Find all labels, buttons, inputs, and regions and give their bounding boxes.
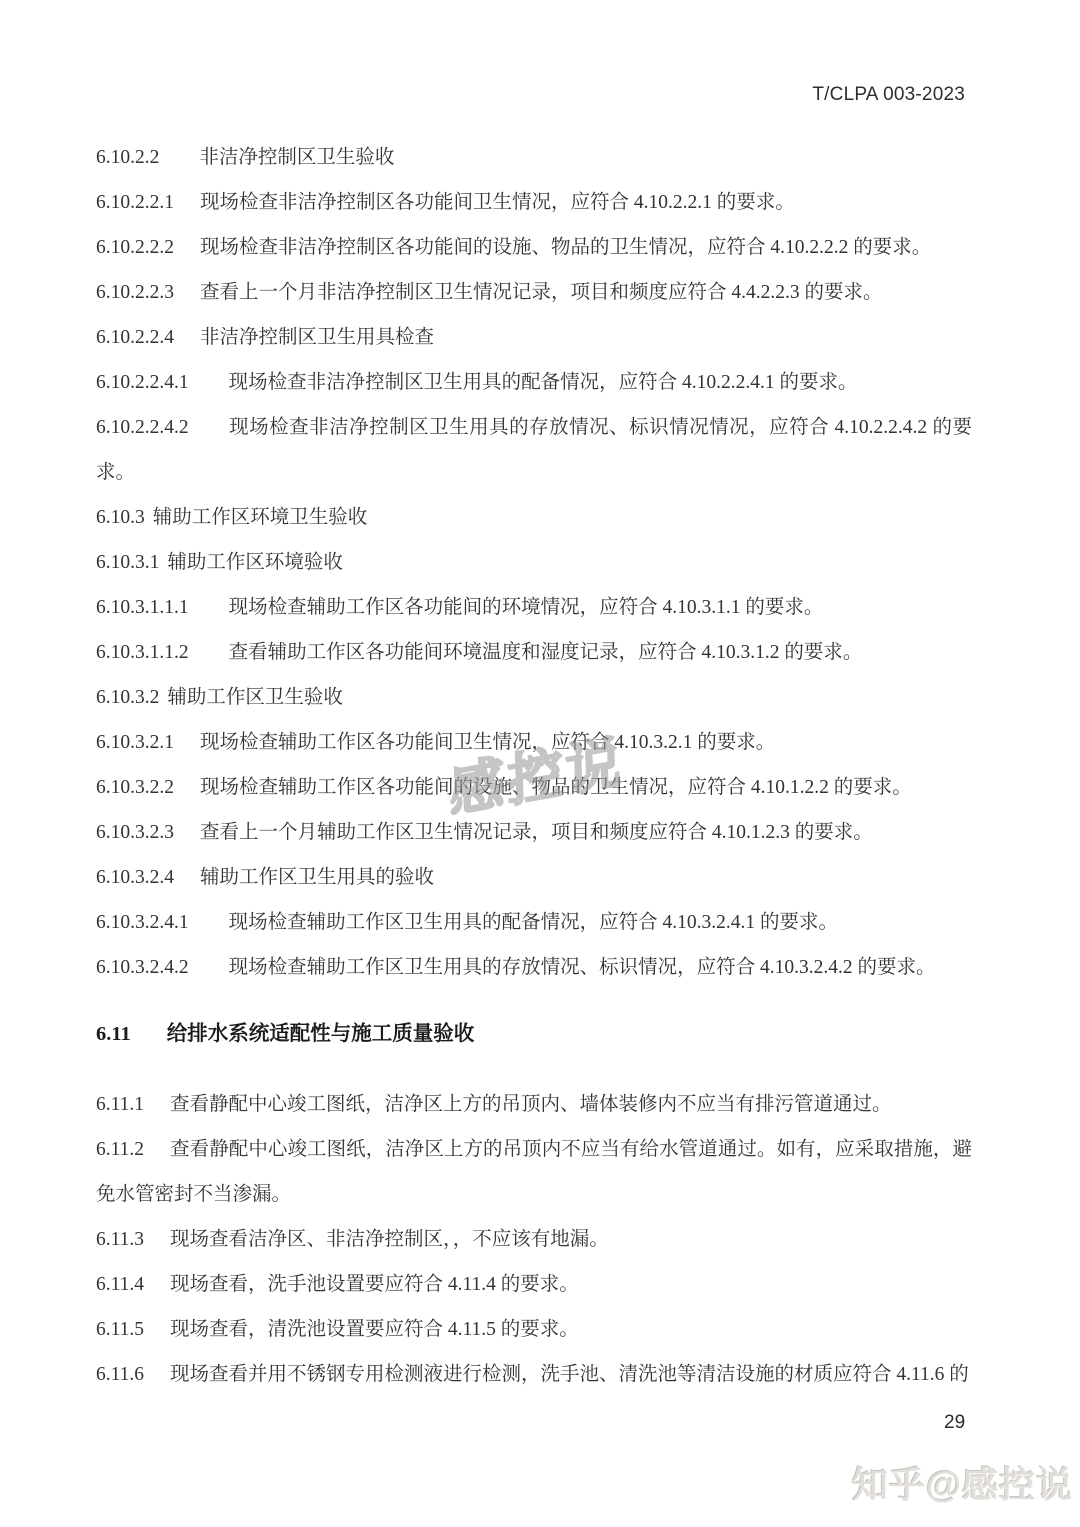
clause-number: 6.10.3.1.1.1: [96, 597, 189, 618]
clause-number: 6.10.2.2.3: [96, 282, 174, 303]
standard-reference: T/CLPA 003-2023: [812, 84, 965, 105]
clause-text: 现场检查辅助工作区各功能间的环境情况，应符合 4.10.3.1.1 的要求。: [229, 597, 824, 618]
clause-paragraph: 6.10.3.2辅助工作区卫生验收: [96, 675, 972, 720]
clause-text: 现场检查非洁净控制区各功能间的设施、物品的卫生情况，应符合 4.10.2.2.2…: [200, 237, 931, 258]
clause-number: 6.10.2.2.4.1: [96, 372, 189, 393]
clause-number: 6.10.3.2.1: [96, 732, 174, 753]
clause-paragraph: 6.10.2.2.1现场检查非洁净控制区各功能间卫生情况，应符合 4.10.2.…: [96, 180, 972, 225]
clause-paragraph: 6.11.1查看静配中心竣工图纸，洁净区上方的吊顶内、墙体装修内不应当有排污管道…: [96, 1082, 972, 1127]
clause-text: 查看上一个月辅助工作区卫生情况记录，项目和频度应符合 4.10.1.2.3 的要…: [200, 822, 873, 843]
document-body: 6.10.2.2非洁净控制区卫生验收 6.10.2.2.1现场检查非洁净控制区各…: [96, 135, 972, 1397]
clause-text: 非洁净控制区卫生用具检查: [200, 327, 434, 348]
clause-paragraph: 6.10.2.2.2现场检查非洁净控制区各功能间的设施、物品的卫生情况，应符合 …: [96, 225, 972, 270]
clause-number: 6.11.6: [96, 1364, 144, 1385]
clause-indent-gap: [144, 1334, 170, 1335]
clause-number: 6.10.2.2.1: [96, 192, 174, 213]
clause-text: 查看辅助工作区各功能间环境温度和湿度记录，应符合 4.10.3.1.2 的要求。: [229, 642, 863, 663]
page-header: T/CLPA 003-2023: [812, 84, 965, 106]
clause-paragraph: 6.10.3.2.4.2现场检查辅助工作区卫生用具的存放情况、标识情况，应符合 …: [96, 945, 972, 990]
clause-text: 现场查看，洗手池设置要应符合 4.11.4 的要求。: [170, 1274, 579, 1295]
clause-text: 现场查看并用不锈钢专用检测液进行检测，洗手池、清洗池等清洁设施的材质应符合 4.…: [170, 1364, 969, 1385]
clause-text: 非洁净控制区卫生验收: [199, 147, 394, 168]
clause-paragraph: 6.10.3.1.1.2查看辅助工作区各功能间环境温度和湿度记录，应符合 4.1…: [96, 630, 972, 675]
clause-number: 6.10.2.2.4.2: [96, 417, 189, 438]
clause-text: 现场检查非洁净控制区卫生用具的存放情况、标识情况情况，应符合 4.10.2.2.…: [96, 417, 972, 483]
clause-number: 6.10.3.2.4.2: [96, 957, 189, 978]
clause-text: 辅助工作区环境卫生验收: [153, 507, 368, 528]
watermark-bottom-right: 知乎@感控说: [852, 1457, 1073, 1508]
clause-paragraph: 6.10.3.2.4辅助工作区卫生用具的验收: [96, 855, 972, 900]
clause-paragraph: 6.11.3现场查看洁净区、非洁净控制区，，不应该有地漏。: [96, 1217, 972, 1262]
clause-text: 现场检查辅助工作区卫生用具的配备情况，应符合 4.10.3.2.4.1 的要求。: [229, 912, 838, 933]
clause-indent-gap: [144, 1109, 170, 1110]
clause-paragraph: 6.10.2.2.4.1现场检查非洁净控制区卫生用具的配备情况，应符合 4.10…: [96, 360, 972, 405]
clause-text: 查看上一个月非洁净控制区卫生情况记录，项目和频度应符合 4.4.2.2.3 的要…: [200, 282, 883, 303]
clause-indent-gap: [145, 522, 153, 523]
clause-text: 辅助工作区卫生用具的验收: [200, 867, 434, 888]
clause-text: 现场检查辅助工作区各功能间卫生情况，应符合 4.10.3.2.1 的要求。: [200, 732, 775, 753]
clause-number: 6.11.3: [96, 1229, 144, 1250]
clause-indent-gap: [189, 972, 229, 973]
clause-text: 现场检查非洁净控制区各功能间卫生情况，应符合 4.10.2.2.1 的要求。: [200, 192, 795, 213]
clause-paragraph: 6.10.3.1辅助工作区环境验收: [96, 540, 972, 585]
clause-paragraph: 6.10.3.1.1.1现场检查辅助工作区各功能间的环境情况，应符合 4.10.…: [96, 585, 972, 630]
clause-indent-gap: [174, 837, 200, 838]
section-heading: 6.11给排水系统适配性与施工质量验收: [96, 1012, 972, 1057]
clause-indent-gap: [174, 747, 200, 748]
clause-indent-gap: [144, 1379, 170, 1380]
clause-number: 6.10.2.2.4: [96, 327, 174, 348]
clause-indent-gap: [174, 252, 200, 253]
clause-paragraph: 6.10.2.2.4.2现场检查非洁净控制区卫生用具的存放情况、标识情况情况，应…: [96, 405, 972, 495]
clause-text: 现场检查非洁净控制区卫生用具的配备情况，应符合 4.10.2.2.4.1 的要求…: [229, 372, 858, 393]
clause-number: 6.10.3.1: [96, 552, 159, 573]
clause-number: 6.11.5: [96, 1319, 144, 1340]
clause-number: 6.10.3.1.1.2: [96, 642, 189, 663]
clause-indent-gap: [144, 1154, 170, 1155]
clause-indent-gap: [144, 1244, 170, 1245]
clause-paragraph: 6.11.2查看静配中心竣工图纸，洁净区上方的吊顶内不应当有给水管道通过。如有，…: [96, 1127, 972, 1217]
clause-indent-gap: [174, 882, 200, 883]
clause-indent-gap: [189, 387, 229, 388]
clause-indent-gap: [159, 162, 199, 163]
clause-paragraph: 6.11.5现场查看，清洗池设置要应符合 4.11.5 的要求。: [96, 1307, 972, 1352]
clause-indent-gap: [189, 612, 229, 613]
clause-indent-gap: [174, 207, 200, 208]
clause-paragraph: 6.10.3辅助工作区环境卫生验收: [96, 495, 972, 540]
clause-indent-gap: [174, 342, 200, 343]
clause-number: 6.10.3.2: [96, 687, 159, 708]
clause-paragraph: 6.10.2.2.4非洁净控制区卫生用具检查: [96, 315, 972, 360]
clause-number: 6.11.1: [96, 1094, 144, 1115]
clause-number: 6.11.2: [96, 1139, 144, 1160]
clause-paragraph: 6.10.2.2.3查看上一个月非洁净控制区卫生情况记录，项目和频度应符合 4.…: [96, 270, 972, 315]
clause-text: 现场检查辅助工作区卫生用具的存放情况、标识情况，应符合 4.10.3.2.4.2…: [229, 957, 936, 978]
page-number: 29: [944, 1412, 965, 1434]
clause-paragraph: 6.10.3.2.1现场检查辅助工作区各功能间卫生情况，应符合 4.10.3.2…: [96, 720, 972, 765]
clause-text: 查看静配中心竣工图纸，洁净区上方的吊顶内不应当有给水管道通过。如有，应采取措施，…: [96, 1139, 972, 1205]
clause-text: 现场检查辅助工作区各功能间的设施、物品的卫生情况，应符合 4.10.1.2.2 …: [200, 777, 912, 798]
clause-number: 6.10.2.2: [96, 147, 159, 168]
document-page: T/CLPA 003-2023 6.10.2.2非洁净控制区卫生验收 6.10.…: [0, 0, 1080, 1527]
clause-paragraph: 6.10.3.2.4.1现场检查辅助工作区卫生用具的配备情况，应符合 4.10.…: [96, 900, 972, 945]
clause-number: 6.10.3.2.4: [96, 867, 174, 888]
clause-paragraph: 6.11.6现场查看并用不锈钢专用检测液进行检测，洗手池、清洗池等清洁设施的材质…: [96, 1352, 972, 1397]
clause-number: 6.10.3: [96, 507, 145, 528]
clause-indent-gap: [189, 432, 229, 433]
clause-number: 6.10.3.2.4.1: [96, 912, 189, 933]
clause-text: 查看静配中心竣工图纸，洁净区上方的吊顶内、墙体装修内不应当有排污管道通过。: [170, 1094, 892, 1115]
clause-indent-gap: [174, 792, 200, 793]
clause-number: 6.11: [96, 1023, 131, 1045]
clause-number: 6.11.4: [96, 1274, 144, 1295]
clause-paragraph: 6.10.2.2非洁净控制区卫生验收: [96, 135, 972, 180]
clause-paragraph: 6.10.3.2.3查看上一个月辅助工作区卫生情况记录，项目和频度应符合 4.1…: [96, 810, 972, 855]
clause-text: 现场查看，清洗池设置要应符合 4.11.5 的要求。: [170, 1319, 579, 1340]
clause-indent-gap: [174, 297, 200, 298]
clause-text: 现场查看洁净区、非洁净控制区，，不应该有地漏。: [170, 1229, 609, 1250]
clause-paragraph: 6.10.3.2.2现场检查辅助工作区各功能间的设施、物品的卫生情况，应符合 4…: [96, 765, 972, 810]
clause-number: 6.10.2.2.2: [96, 237, 174, 258]
clause-indent-gap: [144, 1289, 170, 1290]
clause-number: 6.10.3.2.2: [96, 777, 174, 798]
clause-indent-gap: [131, 1039, 167, 1040]
clause-indent-gap: [189, 657, 229, 658]
clause-paragraph: 6.11.4现场查看，洗手池设置要应符合 4.11.4 的要求。: [96, 1262, 972, 1307]
clause-text: 辅助工作区卫生验收: [167, 687, 343, 708]
clause-indent-gap: [189, 927, 229, 928]
clause-number: 6.10.3.2.3: [96, 822, 174, 843]
clause-text: 给排水系统适配性与施工质量验收: [167, 1023, 475, 1045]
clause-text: 辅助工作区环境验收: [167, 552, 343, 573]
